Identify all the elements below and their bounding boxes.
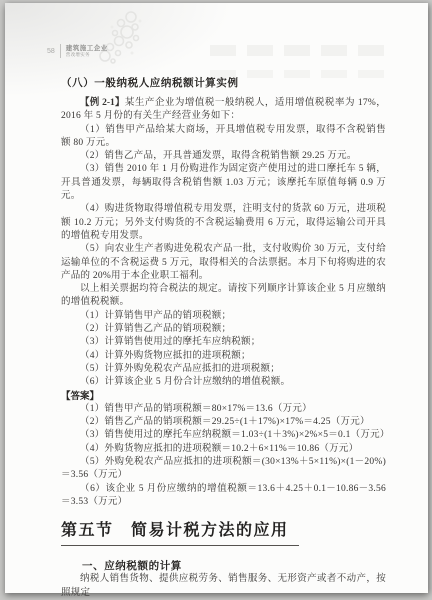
example-intro-paragraph: 【例 2-1】某生产企业为增值税一般纳税人，适用增值税税率为 17%，2016 …	[61, 97, 386, 124]
requirement-item: （4）计算外购货物应抵扣的进项税额；	[61, 350, 386, 363]
book-title-line2: 营改增实务	[66, 52, 108, 57]
requirement-item: （6）计算该企业 5 月份合计应缴纳的增值税额。	[61, 376, 386, 389]
book-title: 建筑施工企业 营改增实务	[66, 45, 108, 58]
answer-line: （5）外购免税农产品应抵扣的进项税额＝(30×13%＋5×11%)×(1－20%…	[61, 456, 386, 483]
header-divider	[60, 44, 61, 58]
page-number: 58	[47, 48, 55, 55]
business-item: （5）向农业生产者购进免税农产品一批，支付收购价 30 万元，支付给运输单位的不…	[61, 243, 386, 283]
requirement-item: （1）计算销售甲产品的销项税额；	[61, 310, 386, 323]
running-header: 58 建筑施工企业 营改增实务	[47, 43, 108, 59]
answer-line: （2）销售乙产品的销项税额＝29.25÷(1＋17%)×17%＝4.25（万元）	[61, 416, 386, 429]
scanned-book-page-background: { "running_header": { "page_number": "58…	[0, 0, 432, 600]
requirements-intro: 以上相关票据均符合税法的规定。请按下列顺序计算该企业 5 月应缴纳的增值税税额。	[61, 283, 386, 310]
section-title: 第五节 简易计税方法的应用	[61, 521, 299, 546]
business-item: （4）购进货物取得增值税专用发票，注明支付的货款 60 万元，进项税额 10.2…	[61, 203, 386, 243]
answer-label: 【答案】	[61, 390, 386, 403]
business-item: （2）销售乙产品，开具普通发票，取得含税销售额 29.25 万元。	[61, 150, 386, 163]
book-page: 58 建筑施工企业 营改增实务 （八）一般纳税人应纳税额计算实例 【例 2-1】…	[5, 3, 428, 593]
page-bleed-artifact	[210, 45, 388, 56]
business-item: （1）销售甲产品给某大商场，开具增值税专用发票，取得不含税销售额 80 万元。	[61, 124, 386, 151]
page-content: （八）一般纳税人应纳税额计算实例 【例 2-1】某生产企业为增值税一般纳税人，适…	[61, 76, 386, 600]
example-label: 【例 2-1】	[80, 98, 125, 108]
subsection-heading: （八）一般纳税人应纳税额计算实例	[61, 76, 386, 91]
answer-line: （1）销售甲产品的销项税额＝80×17%＝13.6（万元）	[61, 403, 386, 416]
answer-line: （6）该企业 5 月份应缴纳的增值税额＝13.6＋4.25＋0.1－10.86－…	[61, 483, 386, 510]
requirement-item: （2）计算销售乙产品的销项税额；	[61, 323, 386, 336]
closing-paragraph: 纳税人销售货物、提供应税劳务、销售服务、无形资产或者不动产，按照规定	[61, 573, 386, 600]
answer-line: （3）销售使用过的摩托车应纳税额＝1.03÷(1＋3%)×2%×5＝0.1（万元…	[61, 429, 386, 442]
answer-line: （4）外购货物应抵扣的进项税额＝10.2＋6×11%＝10.86（万元）	[61, 443, 386, 456]
business-item: （3）销售 2010 年 1 月份购进作为固定资产使用过的进口摩托车 5 辆，开…	[61, 163, 386, 203]
subsection1-title: 一、应纳税额的计算	[82, 560, 386, 573]
requirement-item: （5）计算外购免税农产品应抵扣的进项税额；	[61, 363, 386, 376]
requirement-item: （3）计算销售使用过的摩托车应纳税额；	[61, 336, 386, 349]
